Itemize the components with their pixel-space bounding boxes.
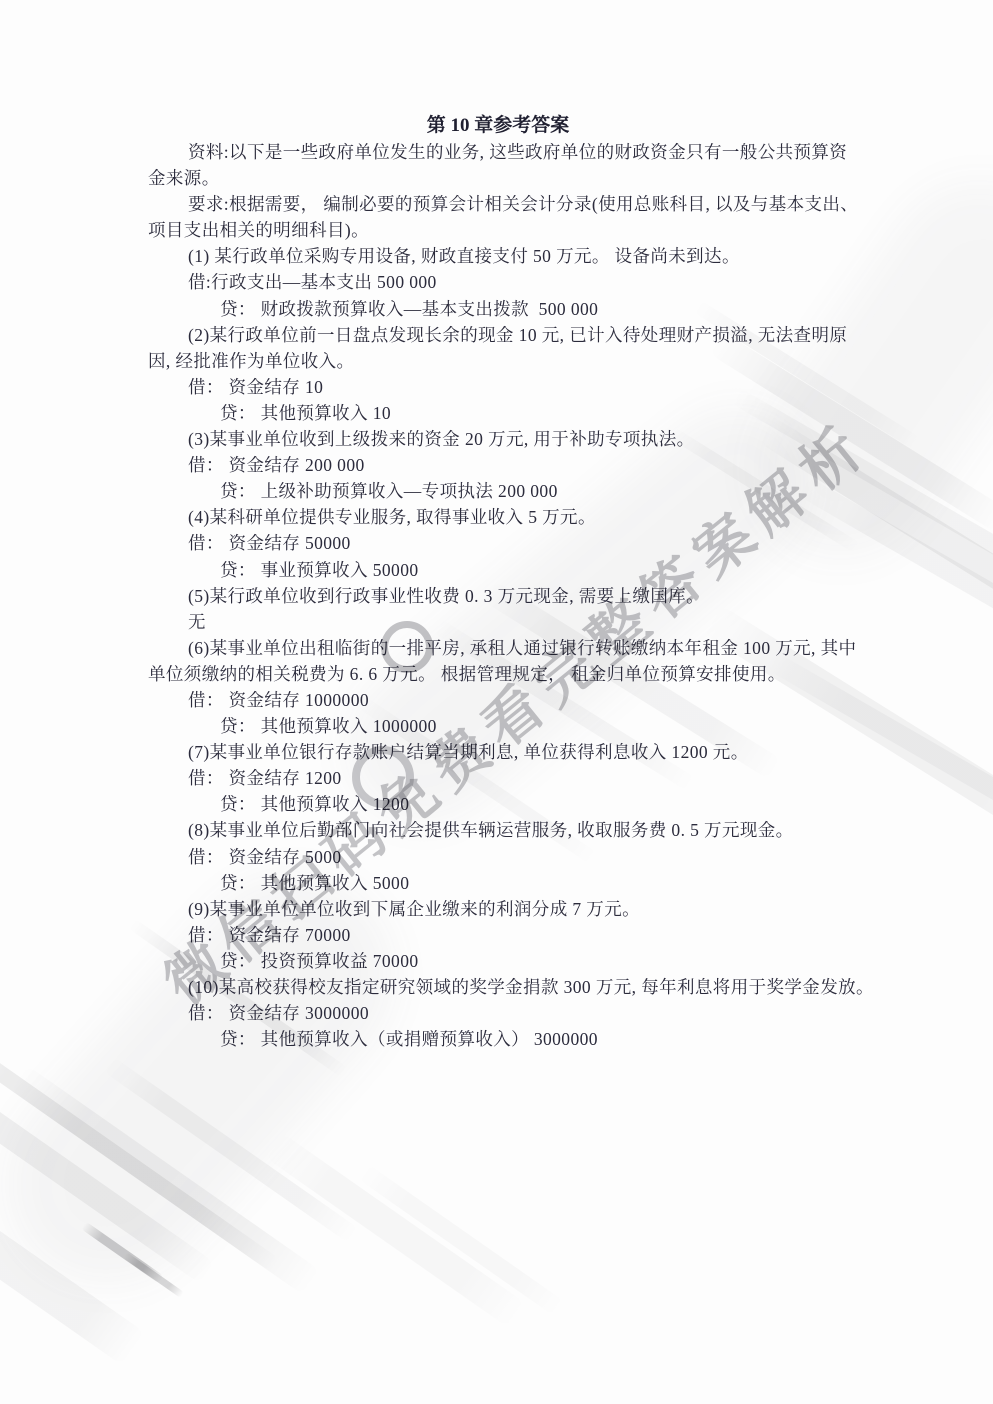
doc-line: 借： 资金结存 10 (148, 374, 848, 400)
brush-streak (0, 1045, 216, 1284)
doc-line: (8)某事业单位后勤部门向社会提供车辆运营服务, 收取服务费 0. 5 万元现金… (148, 817, 848, 843)
doc-line: (9)某事业单位单位收到下属企业缴来的利润分成 7 万元。 (148, 896, 848, 922)
doc-line: 借： 资金结存 1000000 (148, 687, 848, 713)
doc-line: (4)某科研单位提供专业服务, 取得事业收入 5 万元。 (148, 504, 848, 530)
doc-line: (3)某事业单位收到上级拨来的资金 20 万元, 用于补助专项执法。 (148, 426, 848, 452)
doc-line: 要求:根据需要， 编制必要的预算会计相关会计分录(使用总账科目, 以及与基本支出… (148, 191, 848, 217)
doc-line: (1) 某行政单位采购专用设备, 财政直接支付 50 万元。 设备尚未到达。 (148, 243, 848, 269)
doc-line: (6)某事业单位出租临街的一排平房, 承租人通过银行转账缴纳本年租金 100 万… (148, 635, 848, 661)
page-title: 第 10 章参考答案 (148, 114, 848, 138)
doc-line: 单位须缴纳的相关税费为 6. 6 万元。 根据管理规定， 租金归单位预算安排使用… (148, 661, 848, 687)
brush-streak (264, 1132, 527, 1329)
brush-streak (358, 1164, 565, 1316)
doc-line: (2)某行政单位前一日盘点发现长余的现金 10 元, 已计入待处理财产损溢, 无… (148, 322, 848, 348)
doc-line: (10)某高校获得校友指定研究领域的奖学金捐款 300 万元, 每年利息将用于奖… (148, 974, 848, 1000)
doc-line: 无 (148, 609, 848, 635)
brush-streak (123, 1252, 184, 1298)
doc-line: 贷： 其他预算收入 5000 (148, 870, 848, 896)
doc-line: 借： 资金结存 1200 (148, 765, 848, 791)
doc-lines: 资料:以下是一些政府单位发生的业务, 这些政府单位的财政资金只有一般公共预算资金… (148, 139, 848, 1052)
doc-line: 贷： 其他预算收入 1000000 (148, 713, 848, 739)
doc-line: 贷： 上级补助预算收入—专项执法 200 000 (148, 478, 848, 504)
doc-line: 借： 资金结存 70000 (148, 922, 848, 948)
doc-line: 借： 资金结存 5000 (148, 844, 848, 870)
doc-line: 贷： 其他预算收入 10 (148, 400, 848, 426)
doc-line: (7)某事业单位银行存款账户结算当期利息, 单位获得利息收入 1200 元。 (148, 739, 848, 765)
doc-line: 贷： 财政拨款预算收入—基本支出拨款 500 000 (148, 296, 848, 322)
brush-streak (0, 1184, 146, 1366)
doc-line: 金来源。 (148, 165, 848, 191)
brush-streak (0, 1018, 280, 1272)
scanned-document-page: 第 10 章参考答案 资料:以下是一些政府单位发生的业务, 这些政府单位的财政资… (0, 0, 993, 1404)
doc-line: 借:行政支出—基本支出 500 000 (148, 269, 848, 295)
doc-line: 贷： 投资预算收益 70000 (148, 948, 848, 974)
doc-line: 资料:以下是一些政府单位发生的业务, 这些政府单位的财政资金只有一般公共预算资 (148, 139, 848, 165)
doc-line: 贷： 其他预算收入 1200 (148, 791, 848, 817)
doc-line: 借： 资金结存 3000000 (148, 1000, 848, 1026)
doc-line: 贷： 其他预算收入（或捐赠预算收入） 3000000 (148, 1026, 848, 1052)
brush-streak (103, 1057, 359, 1244)
doc-line: 贷： 事业预算收入 50000 (148, 557, 848, 583)
brush-streak (9, 1064, 321, 1295)
doc-line: 借： 资金结存 200 000 (148, 452, 848, 478)
doc-line: 项目支出相关的明细科目)。 (148, 217, 848, 243)
brush-streak (81, 1222, 164, 1284)
doc-line: (5)某行政单位收到行政事业性收费 0. 3 万元现金, 需要上缴国库。 (148, 583, 848, 609)
doc-line: 借： 资金结存 50000 (148, 530, 848, 556)
doc-line: 因, 经批准作为单位收入。 (148, 348, 848, 374)
